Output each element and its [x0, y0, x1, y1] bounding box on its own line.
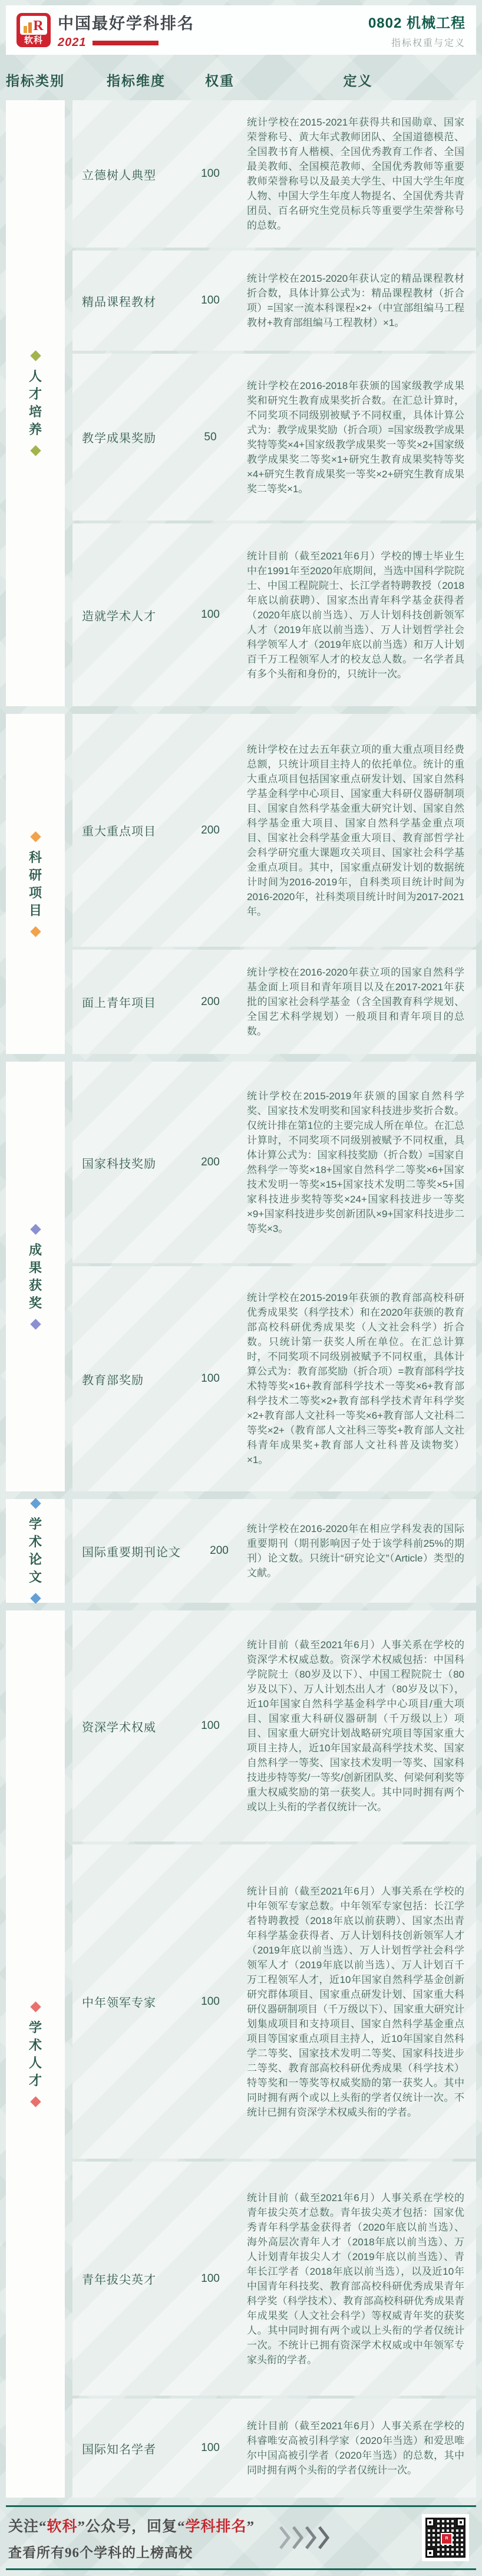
dimension-label: 精品课程教材: [72, 292, 190, 309]
col-header-definition: 定义: [240, 70, 476, 90]
table-row: 造就学术人才 100 统计目前（截至2021年6月）学校的博士毕业生中在1991…: [72, 523, 476, 706]
definition-text: 统计目前（截至2021年6月）学校的博士毕业生中在1991年至2020年底期间，…: [230, 535, 476, 696]
weight-value: 200: [190, 1156, 230, 1169]
table-row: 精品课程教材 100 统计学校在2015-2020年获认定的精品课程教材折合数，…: [72, 251, 476, 351]
dimension-label: 国际重要期刊论文: [72, 1543, 208, 1560]
definition-text: 统计目前（截至2021年6月）人事关系在学校的科睿唯安高被引科学家（2020年当…: [230, 2404, 476, 2492]
category-block-research-projects: 科研项目 重大重点项目 200 统计学校在过去五年获立项的重大重点项目经费总额，…: [6, 714, 476, 1054]
diamond-icon: [30, 1224, 41, 1234]
weight-value: 100: [190, 1372, 230, 1385]
logo-barchart-icon: R: [20, 16, 47, 35]
diamond-icon: [30, 1319, 41, 1329]
table-row: 立德树人典型 100 统计学校在2015-2021年获得共和国勋章、国家荣誉称号…: [72, 100, 476, 248]
subject-title: 0802 机械工程: [368, 11, 466, 32]
table-row: 国际知名学者 100 统计目前（截至2021年6月）人事关系在学校的科睿唯安高被…: [72, 2399, 476, 2498]
col-header-dimension: 指标维度: [72, 70, 200, 90]
qr-center-logo: R: [441, 2533, 453, 2545]
footer-suffix: ”: [247, 2519, 255, 2535]
weight-value: 200: [208, 1544, 230, 1557]
diamond-icon: [30, 1498, 41, 1508]
header: R 软科 中国最好学科排名 2021 0802 机械工程 指标权重与定义: [6, 5, 476, 55]
footer-line2: 查看所有96个学科的上榜高校: [8, 2542, 255, 2561]
footer-text: 关注“软科”公众号，回复“学科排名” 查看所有96个学科的上榜高校: [8, 2515, 255, 2561]
dimension-label: 资深学术权威: [72, 1718, 190, 1735]
table-row: 国家科技奖励 200 统计学校在2015-2019年获颁的国家自然科学奖、国家技…: [72, 1062, 476, 1263]
category-block-academic-talents: 学术人才 资深学术权威 100 统计目前（截至2021年6月）人事关系在学校的资…: [6, 1610, 476, 2498]
category-cell: 人才培养: [6, 100, 65, 706]
definition-text: 统计目前（截至2021年6月）人事关系在学校的青年拔尖英才总数。青年拔尖英才包括…: [230, 2176, 476, 2381]
weight-value: 200: [190, 824, 230, 837]
diamond-icon: [30, 1593, 41, 1603]
diamond-icon: [30, 350, 41, 361]
weight-value: 100: [190, 2442, 230, 2455]
definition-text: 统计学校在2016-2020年在相应学科发表的国际重要期刊（期刊影响因子处于该学…: [230, 1507, 476, 1595]
category-label: 学术人才: [28, 2019, 43, 2090]
dimension-label: 中年领军专家: [72, 1993, 190, 2010]
dimension-label: 教学成果奖励: [72, 429, 190, 446]
definition-text: 统计学校在2015-2019年获颁的教育部高校科研优秀成果奖（科学技术）和在20…: [230, 1276, 476, 1481]
dimension-label: 教育部奖励: [72, 1371, 190, 1388]
logo-text: 软科: [24, 35, 43, 47]
definition-text: 统计目前（截至2021年6月）人事关系在学校的中年领军专家总数。中年领军专家包括…: [230, 1870, 476, 2134]
diamond-icon: [30, 926, 41, 937]
diamond-icon: [30, 445, 41, 456]
definition-text: 统计学校在2015-2019年获颁的国家自然科学奖、国家技术发明奖和国家科技进步…: [230, 1075, 476, 1250]
weight-value: 50: [190, 431, 230, 444]
diamond-icon: [30, 2001, 41, 2012]
footer-mid: ”公众号，回复“: [78, 2519, 186, 2535]
table-row: 面上青年项目 200 统计学校在2016-2020年获立项的国家自然科学基金面上…: [72, 950, 476, 1054]
qr-code: R: [422, 2514, 469, 2561]
header-right: 0802 机械工程 指标权重与定义: [368, 11, 466, 49]
table-row: 资深学术权威 100 统计目前（截至2021年6月）人事关系在学校的资深学术权威…: [72, 1610, 476, 1842]
weight-value: 100: [190, 1995, 230, 2008]
definition-text: 统计学校在2015-2021年获得共和国勋章、国家荣誉称号、黄大年式教师团队、全…: [230, 101, 476, 247]
category-label: 科研项目: [28, 849, 43, 920]
category-cell: 学术人才: [6, 1610, 65, 2498]
category-label: 学术论文: [28, 1516, 43, 1586]
dimension-label: 青年拔尖英才: [72, 2270, 190, 2287]
dimension-label: 面上青年项目: [72, 993, 190, 1010]
category-cell: 学术论文: [6, 1499, 65, 1603]
footer-keyword: 学科排名: [186, 2519, 247, 2535]
category-cell: 科研项目: [6, 714, 65, 1054]
dimension-label: 国际知名学者: [72, 2440, 190, 2457]
table-row: 重大重点项目 200 统计学校在过去五年获立项的重大重点项目经费总额，只统计项目…: [72, 714, 476, 947]
page-title: 中国最好学科排名: [58, 11, 194, 34]
weight-value: 100: [190, 167, 230, 180]
dimension-label: 重大重点项目: [72, 822, 190, 839]
poster-page: R 软科 中国最好学科排名 2021 0802 机械工程 指标权重与定义 指标类…: [0, 0, 482, 2575]
diamond-icon: [30, 831, 41, 842]
footer-line1: 关注“软科”公众号，回复“学科排名”: [8, 2515, 255, 2536]
definition-text: 统计学校在2015-2020年获认定的精品课程教材折合数，具体计算公式为：精品课…: [230, 257, 476, 344]
dimension-label: 国家科技奖励: [72, 1154, 190, 1171]
category-label: 成果获奖: [28, 1241, 43, 1312]
title-block: 中国最好学科排名 2021: [58, 11, 194, 50]
col-header-weight: 权重: [200, 70, 240, 90]
category-cell: 成果获奖: [6, 1062, 65, 1491]
table-row: 教学成果奖励 50 统计学校在2016-2018年获颁的国家级教学成果奖和研究生…: [72, 354, 476, 521]
category-block-academic-papers: 学术论文 国际重要期刊论文 200 统计学校在2016-2020年在相应学科发表…: [6, 1499, 476, 1603]
category-label: 人才培养: [28, 368, 43, 439]
red-accent-bar: [93, 41, 159, 45]
definition-text: 统计目前（截至2021年6月）人事关系在学校的资深学术权威总数。资深学术权威包括…: [230, 1623, 476, 1829]
indicator-table: 指标类别 指标维度 权重 定义 人才培养 立德树人典型 100 统计学校在201…: [6, 62, 476, 2498]
page-subtitle: 指标权重与定义: [368, 35, 466, 49]
triple-chevron-icon: [278, 2525, 330, 2551]
definition-text: 统计学校在2016-2018年获颁的国家级教学成果奖和研究生教育成果奖折合数。在…: [230, 364, 476, 510]
category-block-talent-cultivation: 人才培养 立德树人典型 100 统计学校在2015-2021年获得共和国勋章、国…: [6, 100, 476, 706]
footer-banner: 关注“软科”公众号，回复“学科排名” 查看所有96个学科的上榜高校 R: [6, 2505, 476, 2570]
category-block-award-achievements: 成果获奖 国家科技奖励 200 统计学校在2015-2019年获颁的国家自然科学…: [6, 1062, 476, 1491]
weight-value: 100: [190, 608, 230, 621]
ruanke-logo: R 软科: [16, 13, 51, 47]
table-row: 国际重要期刊论文 200 统计学校在2016-2020年在相应学科发表的国际重要…: [72, 1499, 476, 1603]
table-row: 教育部奖励 100 统计学校在2015-2019年获颁的教育部高校科研优秀成果奖…: [72, 1266, 476, 1491]
definition-text: 统计学校在2016-2020年获立项的国家自然科学基金面上项目和青年项目以及在2…: [230, 951, 476, 1053]
table-row: 青年拔尖英才 100 统计目前（截至2021年6月）人事关系在学校的青年拔尖英才…: [72, 2162, 476, 2396]
col-header-category: 指标类别: [6, 70, 65, 90]
definition-text: 统计学校在过去五年获立项的重大重点项目经费总额，只统计项目主持人的依托单位。统计…: [230, 728, 476, 933]
table-row: 中年领军专家 100 统计目前（截至2021年6月）人事关系在学校的中年领军专家…: [72, 1844, 476, 2159]
ranking-year: 2021: [58, 36, 87, 50]
dimension-label: 造就学术人才: [72, 607, 190, 624]
weight-value: 100: [190, 2272, 230, 2285]
dimension-label: 立德树人典型: [72, 166, 190, 183]
weight-value: 200: [190, 996, 230, 1009]
footer-brand: 软科: [47, 2519, 78, 2535]
diamond-icon: [30, 2096, 41, 2107]
footer-prefix: 关注“: [8, 2519, 47, 2535]
table-header-row: 指标类别 指标维度 权重 定义: [6, 62, 476, 97]
weight-value: 100: [190, 294, 230, 307]
weight-value: 100: [190, 1719, 230, 1732]
